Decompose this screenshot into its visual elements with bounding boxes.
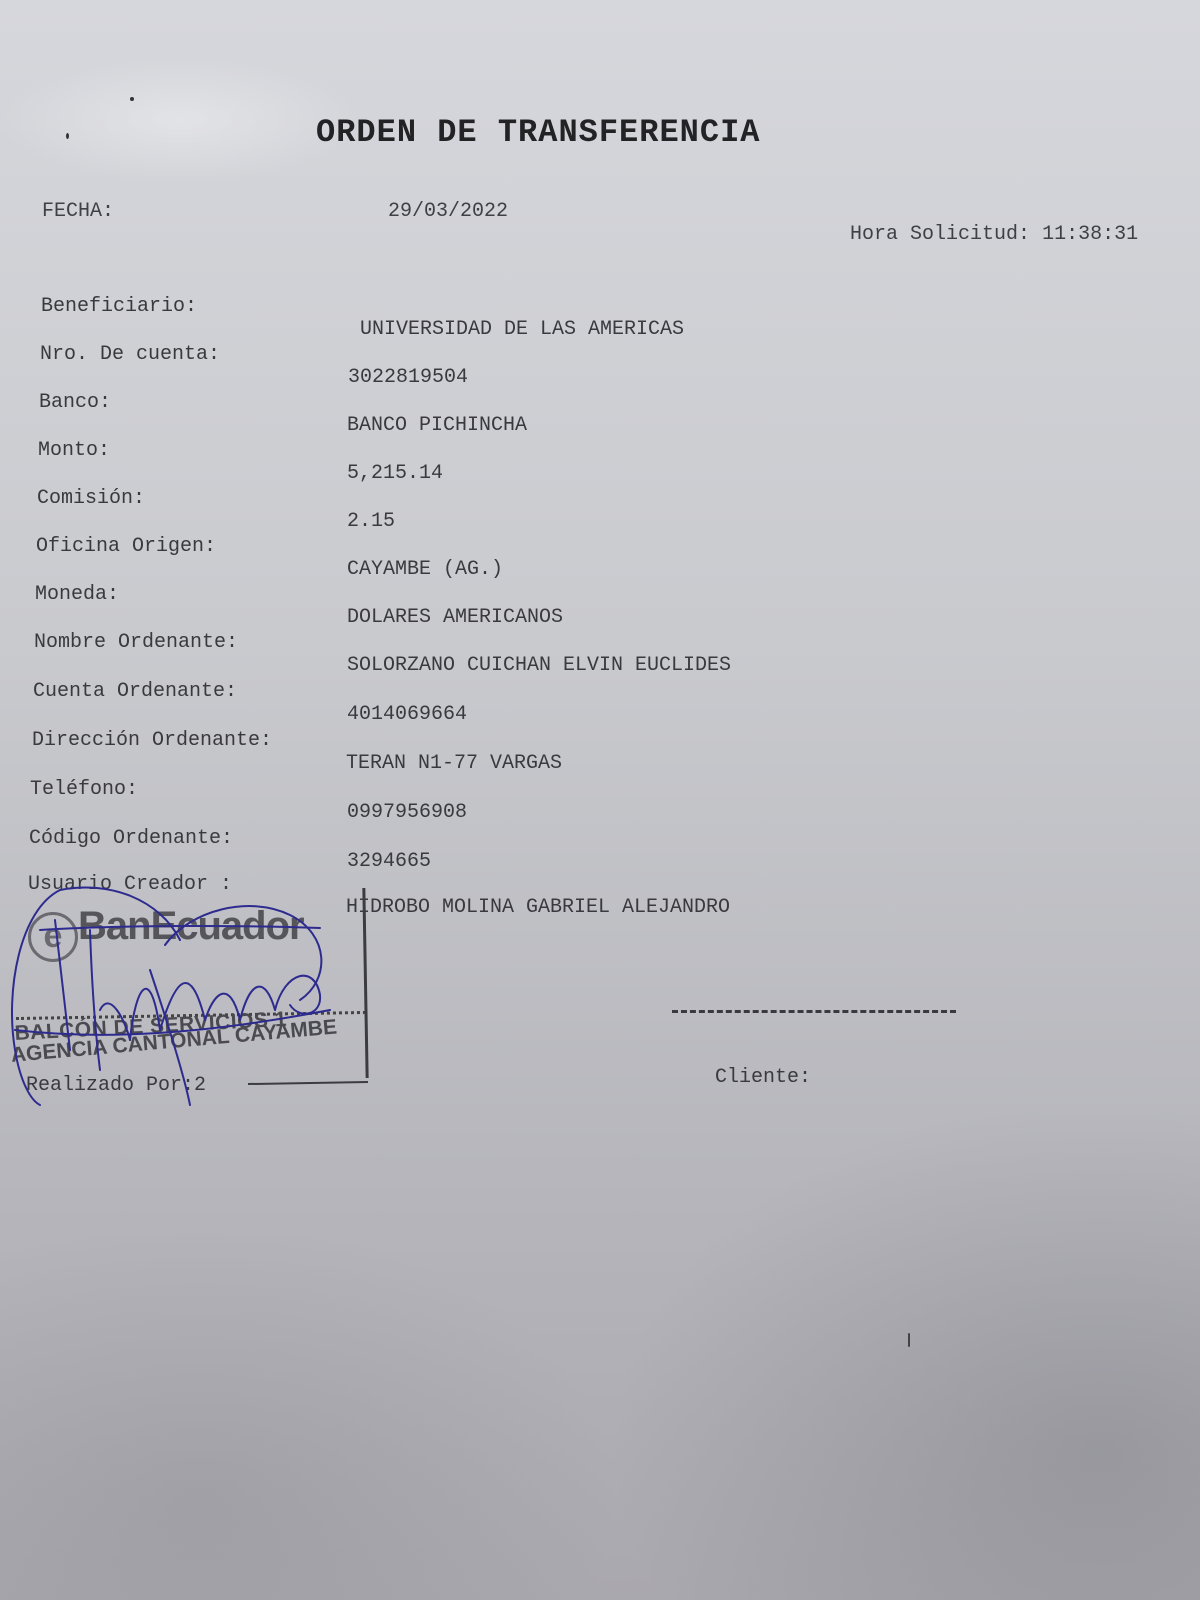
fecha-label: FECHA: bbox=[42, 200, 114, 223]
field-value: 2.15 bbox=[347, 510, 395, 533]
field-label: Dirección Ordenante: bbox=[32, 729, 272, 752]
field-value: TERAN N1-77 VARGAS bbox=[346, 752, 562, 775]
field-label: Código Ordenante: bbox=[29, 827, 233, 850]
field-value: BANCO PICHINCHA bbox=[347, 414, 527, 437]
field-value: DOLARES AMERICANOS bbox=[347, 606, 563, 629]
field-label: Teléfono: bbox=[30, 778, 138, 801]
handwritten-signature bbox=[0, 870, 380, 1110]
fecha-value: 29/03/2022 bbox=[388, 200, 508, 223]
paper-speck bbox=[66, 133, 69, 139]
field-value: CAYAMBE (AG.) bbox=[347, 558, 503, 581]
field-label: Monto: bbox=[38, 439, 110, 462]
hora-value: 11:38:31 bbox=[1042, 223, 1138, 246]
field-label: Nro. De cuenta: bbox=[40, 343, 220, 366]
field-label: Cuenta Ordenante: bbox=[33, 680, 237, 703]
field-label: Banco: bbox=[39, 391, 111, 414]
field-label: Beneficiario: bbox=[41, 295, 197, 318]
field-label: Nombre Ordenante: bbox=[34, 631, 238, 654]
document-title: ORDEN DE TRANSFERENCIA bbox=[316, 114, 760, 151]
client-signature-line bbox=[672, 1010, 956, 1013]
field-value: 0997956908 bbox=[347, 801, 467, 824]
field-value: SOLORZANO CUICHAN ELVIN EUCLIDES bbox=[347, 654, 731, 677]
hora-label: Hora Solicitud: bbox=[850, 223, 1030, 246]
field-value: UNIVERSIDAD DE LAS AMERICAS bbox=[360, 318, 684, 341]
cliente-label: Cliente: bbox=[715, 1066, 811, 1089]
paper-speck bbox=[130, 97, 134, 101]
field-value: 5,215.14 bbox=[347, 462, 443, 485]
field-label: Moneda: bbox=[35, 583, 119, 606]
hora-solicitud: Hora Solicitud: 11:38:31 bbox=[826, 200, 1138, 246]
field-label: Oficina Origen: bbox=[36, 535, 216, 558]
field-label: Comisión: bbox=[37, 487, 145, 510]
field-value: 4014069664 bbox=[347, 703, 467, 726]
paper-speck bbox=[908, 1333, 910, 1347]
field-value: HIDROBO MOLINA GABRIEL ALEJANDRO bbox=[346, 896, 730, 919]
field-value: 3022819504 bbox=[348, 366, 468, 389]
